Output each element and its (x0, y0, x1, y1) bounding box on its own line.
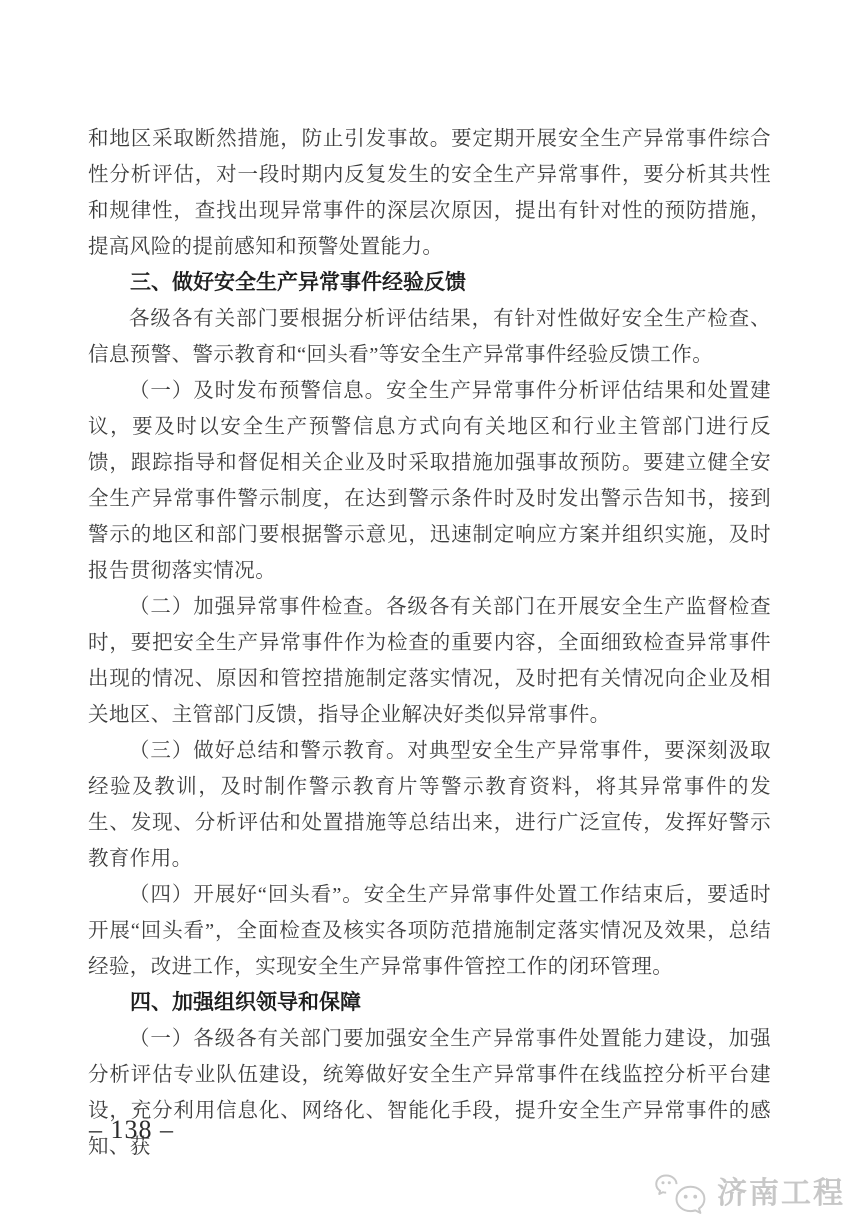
watermark: 济南工程 (654, 1172, 845, 1216)
paragraph: （二）加强异常事件检查。各级各有关部门在开展安全生产监督检查时，要把安全生产异常… (88, 589, 771, 733)
section-heading-three: 三、做好安全生产异常事件经验反馈 (88, 265, 771, 301)
document-page: 和地区采取断然措施，防止引发事故。要定期开展安全生产异常事件综合性分析评估，对一… (0, 0, 856, 1225)
section-heading-four: 四、加强组织领导和保障 (88, 985, 771, 1021)
paragraph: 各级各有关部门要根据分析评估结果，有针对性做好安全生产检查、信息预警、警示教育和… (88, 301, 771, 373)
wechat-icon (654, 1172, 708, 1216)
paragraph: （三）做好总结和警示教育。对典型安全生产异常事件，要深刻汲取经验及教训，及时制作… (88, 733, 771, 877)
paragraph: （一）各级各有关部门要加强安全生产异常事件处置能力建设，加强分析评估专业队伍建设… (88, 1021, 771, 1165)
paragraph: （一）及时发布预警信息。安全生产异常事件分析评估结果和处置建议，要及时以安全生产… (88, 373, 771, 589)
document-body: 和地区采取断然措施，防止引发事故。要定期开展安全生产异常事件综合性分析评估，对一… (88, 121, 771, 1165)
watermark-text: 济南工程 (717, 1173, 845, 1215)
page-number: – 138 – (89, 1114, 174, 1146)
paragraph: 和地区采取断然措施，防止引发事故。要定期开展安全生产异常事件综合性分析评估，对一… (88, 121, 771, 265)
paragraph: （四）开展好“回头看”。安全生产异常事件处置工作结束后，要适时开展“回头看”，全… (88, 877, 771, 985)
